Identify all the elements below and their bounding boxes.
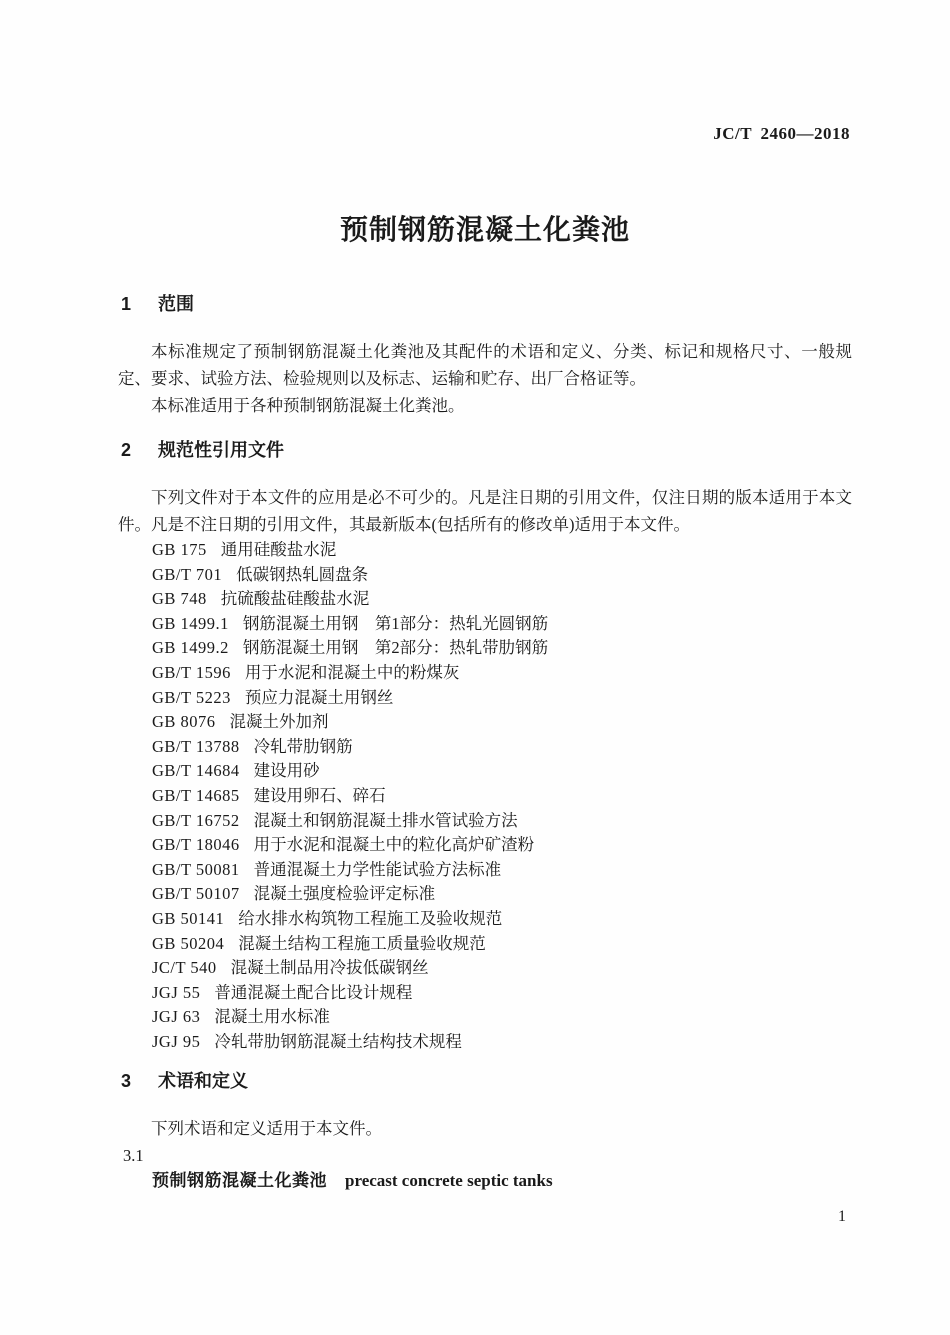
reference-code: GB/T 50081 (152, 858, 240, 883)
reference-title: 建设用砂 (254, 761, 320, 780)
page-number: 1 (838, 1208, 846, 1226)
reference-code: GB 50204 (152, 932, 224, 957)
document-content: 预制钢筋混凝土化粪池 1范围 本标准规定了预制钢筋混凝土化粪池及其配件的术语和定… (118, 0, 852, 1194)
reference-title: 用于水泥和混凝土中的粉煤灰 (245, 663, 460, 682)
reference-title: 混凝土用水标准 (214, 1007, 330, 1026)
reference-title: 钢筋混凝土用钢 第2部分：热轧带肋钢筋 (243, 638, 548, 657)
reference-item: GB 1499.1钢筋混凝土用钢 第1部分：热轧光圆钢筋 (152, 612, 852, 637)
reference-item: GB/T 1596用于水泥和混凝土中的粉煤灰 (152, 661, 852, 686)
scope-paragraph-2: 本标准适用于各种预制钢筋混凝土化粪池。 (118, 392, 852, 419)
term-chinese: 预制钢筋混凝土化粪池 (152, 1171, 327, 1190)
reference-code: JGJ 55 (152, 981, 200, 1006)
reference-title: 低碳钢热轧圆盘条 (236, 565, 368, 584)
reference-code: GB/T 14684 (152, 759, 240, 784)
reference-code: GB/T 5223 (152, 686, 231, 711)
term-english: precast concrete septic tanks (345, 1171, 553, 1190)
reference-code: GB 1499.2 (152, 636, 229, 661)
reference-code: JGJ 95 (152, 1030, 200, 1055)
scope-paragraph-1: 本标准规定了预制钢筋混凝土化粪池及其配件的术语和定义、分类、标记和规格尺寸、一般… (118, 338, 852, 392)
normative-references-intro: 下列文件对于本文件的应用是必不可少的。凡是注日期的引用文件，仅注日期的版本适用于… (118, 484, 852, 538)
reference-title: 冷轧带肋钢筋混凝土结构技术规程 (214, 1032, 462, 1051)
reference-item: GB/T 16752混凝土和钢筋混凝土排水管试验方法 (152, 809, 852, 834)
reference-title: 普通混凝土力学性能试验方法标准 (254, 860, 502, 879)
terms-intro: 下列术语和定义适用于本文件。 (118, 1115, 852, 1142)
reference-item: JGJ 95冷轧带肋钢筋混凝土结构技术规程 (152, 1030, 852, 1055)
reference-title: 用于水泥和混凝土中的粒化高炉矿渣粉 (254, 835, 535, 854)
section-heading-terms: 3术语和定义 (118, 1069, 852, 1093)
reference-title: 混凝土和钢筋混凝土排水管试验方法 (254, 811, 518, 830)
reference-title: 冷轧带肋钢筋 (254, 737, 353, 756)
reference-code: GB/T 50107 (152, 882, 240, 907)
reference-item: GB 748抗硫酸盐硅酸盐水泥 (152, 587, 852, 612)
reference-title: 混凝土结构工程施工质量验收规范 (238, 934, 486, 953)
reference-item: GB/T 50081普通混凝土力学性能试验方法标准 (152, 858, 852, 883)
section-title: 术语和定义 (158, 1071, 248, 1091)
reference-item: GB/T 18046用于水泥和混凝土中的粒化高炉矿渣粉 (152, 833, 852, 858)
reference-title: 混凝土制品用冷拔低碳钢丝 (231, 958, 429, 977)
reference-code: GB 748 (152, 587, 207, 612)
reference-item: GB 8076混凝土外加剂 (152, 710, 852, 735)
reference-code: GB/T 16752 (152, 809, 240, 834)
reference-title: 混凝土强度检验评定标准 (254, 884, 436, 903)
term-number: 3.1 (118, 1143, 852, 1168)
reference-item: GB/T 13788冷轧带肋钢筋 (152, 735, 852, 760)
reference-code: GB 1499.1 (152, 612, 229, 637)
reference-code: JGJ 63 (152, 1005, 200, 1030)
reference-code: GB/T 14685 (152, 784, 240, 809)
reference-item: GB/T 14685建设用卵石、碎石 (152, 784, 852, 809)
reference-item: GB 175通用硅酸盐水泥 (152, 538, 852, 563)
reference-code: GB/T 701 (152, 563, 222, 588)
section-heading-scope: 1范围 (118, 292, 852, 316)
reference-item: GB/T 5223预应力混凝土用钢丝 (152, 686, 852, 711)
reference-item: GB/T 14684建设用砂 (152, 759, 852, 784)
reference-title: 预应力混凝土用钢丝 (245, 688, 394, 707)
section-number: 2 (121, 438, 158, 462)
reference-item: GB 50204混凝土结构工程施工质量验收规范 (152, 932, 852, 957)
reference-code: GB 50141 (152, 907, 224, 932)
reference-list: GB 175通用硅酸盐水泥 GB/T 701低碳钢热轧圆盘条 GB 748抗硫酸… (118, 538, 852, 1054)
reference-code: GB 175 (152, 538, 207, 563)
reference-title: 给水排水构筑物工程施工及验收规范 (238, 909, 502, 928)
document-title: 预制钢筋混凝土化粪池 (118, 0, 852, 248)
section-number: 1 (121, 292, 158, 316)
reference-item: GB 1499.2钢筋混凝土用钢 第2部分：热轧带肋钢筋 (152, 636, 852, 661)
reference-title: 混凝土外加剂 (230, 712, 329, 731)
reference-title: 通用硅酸盐水泥 (221, 540, 337, 559)
reference-title: 普通混凝土配合比设计规程 (214, 983, 412, 1002)
reference-item: JC/T 540混凝土制品用冷拔低碳钢丝 (152, 956, 852, 981)
reference-code: GB/T 13788 (152, 735, 240, 760)
reference-title: 建设用卵石、碎石 (254, 786, 386, 805)
term-definition-line: 预制钢筋混凝土化粪池precast concrete septic tanks (118, 1168, 852, 1194)
reference-code: GB/T 18046 (152, 833, 240, 858)
reference-item: GB/T 50107混凝土强度检验评定标准 (152, 882, 852, 907)
section-number: 3 (121, 1069, 158, 1093)
reference-code: GB/T 1596 (152, 661, 231, 686)
reference-code: GB 8076 (152, 710, 216, 735)
section-heading-normative-references: 2规范性引用文件 (118, 438, 852, 462)
document-page: JC/T 2460—2018 预制钢筋混凝土化粪池 1范围 本标准规定了预制钢筋… (0, 0, 950, 1335)
reference-title: 钢筋混凝土用钢 第1部分：热轧光圆钢筋 (243, 614, 548, 633)
section-title: 规范性引用文件 (158, 440, 284, 460)
reference-code: JC/T 540 (152, 956, 217, 981)
reference-item: JGJ 55普通混凝土配合比设计规程 (152, 981, 852, 1006)
reference-title: 抗硫酸盐硅酸盐水泥 (221, 589, 370, 608)
reference-item: JGJ 63混凝土用水标准 (152, 1005, 852, 1030)
section-title: 范围 (158, 294, 194, 314)
reference-item: GB 50141给水排水构筑物工程施工及验收规范 (152, 907, 852, 932)
reference-item: GB/T 701低碳钢热轧圆盘条 (152, 563, 852, 588)
